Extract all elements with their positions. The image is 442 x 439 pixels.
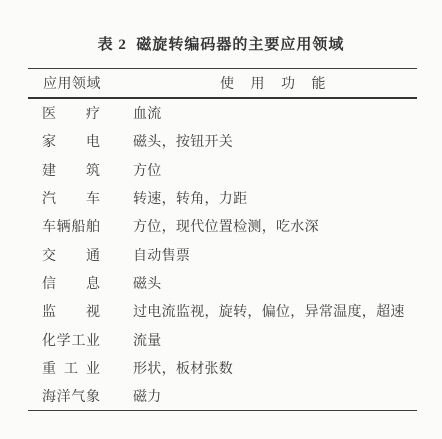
table-row: 海洋气象 磁力 (28, 382, 417, 410)
field-cell: 车辆船舶 (42, 216, 100, 236)
field-cell: 监视 (42, 301, 100, 321)
table-row: 家电 磁头，按钮开关 (28, 127, 417, 155)
table-row: 重工业 形状，板材张数 (28, 354, 417, 382)
field-cell: 海洋气象 (42, 386, 100, 406)
field-cell: 交通 (42, 245, 100, 265)
field-cell: 信息 (42, 273, 100, 293)
function-cell: 方位 (133, 160, 162, 180)
field-cell: 医疗 (42, 103, 100, 123)
table-caption: 表 2 磁旋转编码器的主要应用领域 (0, 33, 442, 54)
table-row: 监视 过电流监视，旋转，偏位，异常温度，超速 (28, 297, 417, 325)
table-row: 车辆船舶 方位，现代位置检测，吃水深 (28, 212, 417, 240)
field-cell: 家电 (42, 131, 100, 151)
table-row: 医疗 血流 (28, 99, 417, 127)
table-row: 建筑 方位 (28, 156, 417, 184)
field-cell: 化学工业 (42, 330, 100, 350)
function-cell: 形状，板材张数 (133, 358, 233, 378)
function-cell: 自动售票 (133, 245, 190, 265)
field-cell: 建筑 (42, 160, 100, 180)
function-cell: 磁头 (133, 273, 162, 293)
field-cell: 重工业 (42, 358, 100, 378)
function-cell: 流量 (133, 330, 162, 350)
function-cell: 磁头，按钮开关 (133, 131, 233, 151)
function-cell: 过电流监视，旋转，偏位，异常温度，超速 (133, 301, 405, 321)
table-body: 医疗 血流 家电 磁头，按钮开关 建筑 方位 汽车 转速，转角，力距 车辆船舶 … (28, 99, 417, 411)
table-row: 化学工业 流量 (28, 325, 417, 353)
function-cell: 方位，现代位置检测，吃水深 (133, 216, 319, 236)
table-row: 交通 自动售票 (28, 240, 417, 268)
scanned-document-page: 表 2 磁旋转编码器的主要应用领域 应用领域 使 用 功 能 医疗 血流 家电 … (0, 0, 442, 439)
table-row: 汽车 转速，转角，力距 (28, 184, 417, 212)
table-row: 信息 磁头 (28, 269, 417, 297)
function-cell: 转速，转角，力距 (133, 188, 247, 208)
function-cell: 血流 (133, 103, 162, 123)
header-usage-function: 使 用 功 能 (220, 73, 330, 93)
table-header-row: 应用领域 使 用 功 能 (28, 68, 417, 99)
header-application-field: 应用领域 (43, 73, 101, 93)
field-cell: 汽车 (42, 188, 100, 208)
function-cell: 磁力 (133, 386, 162, 406)
applications-table: 应用领域 使 用 功 能 医疗 血流 家电 磁头，按钮开关 建筑 方位 汽车 转… (28, 68, 417, 411)
